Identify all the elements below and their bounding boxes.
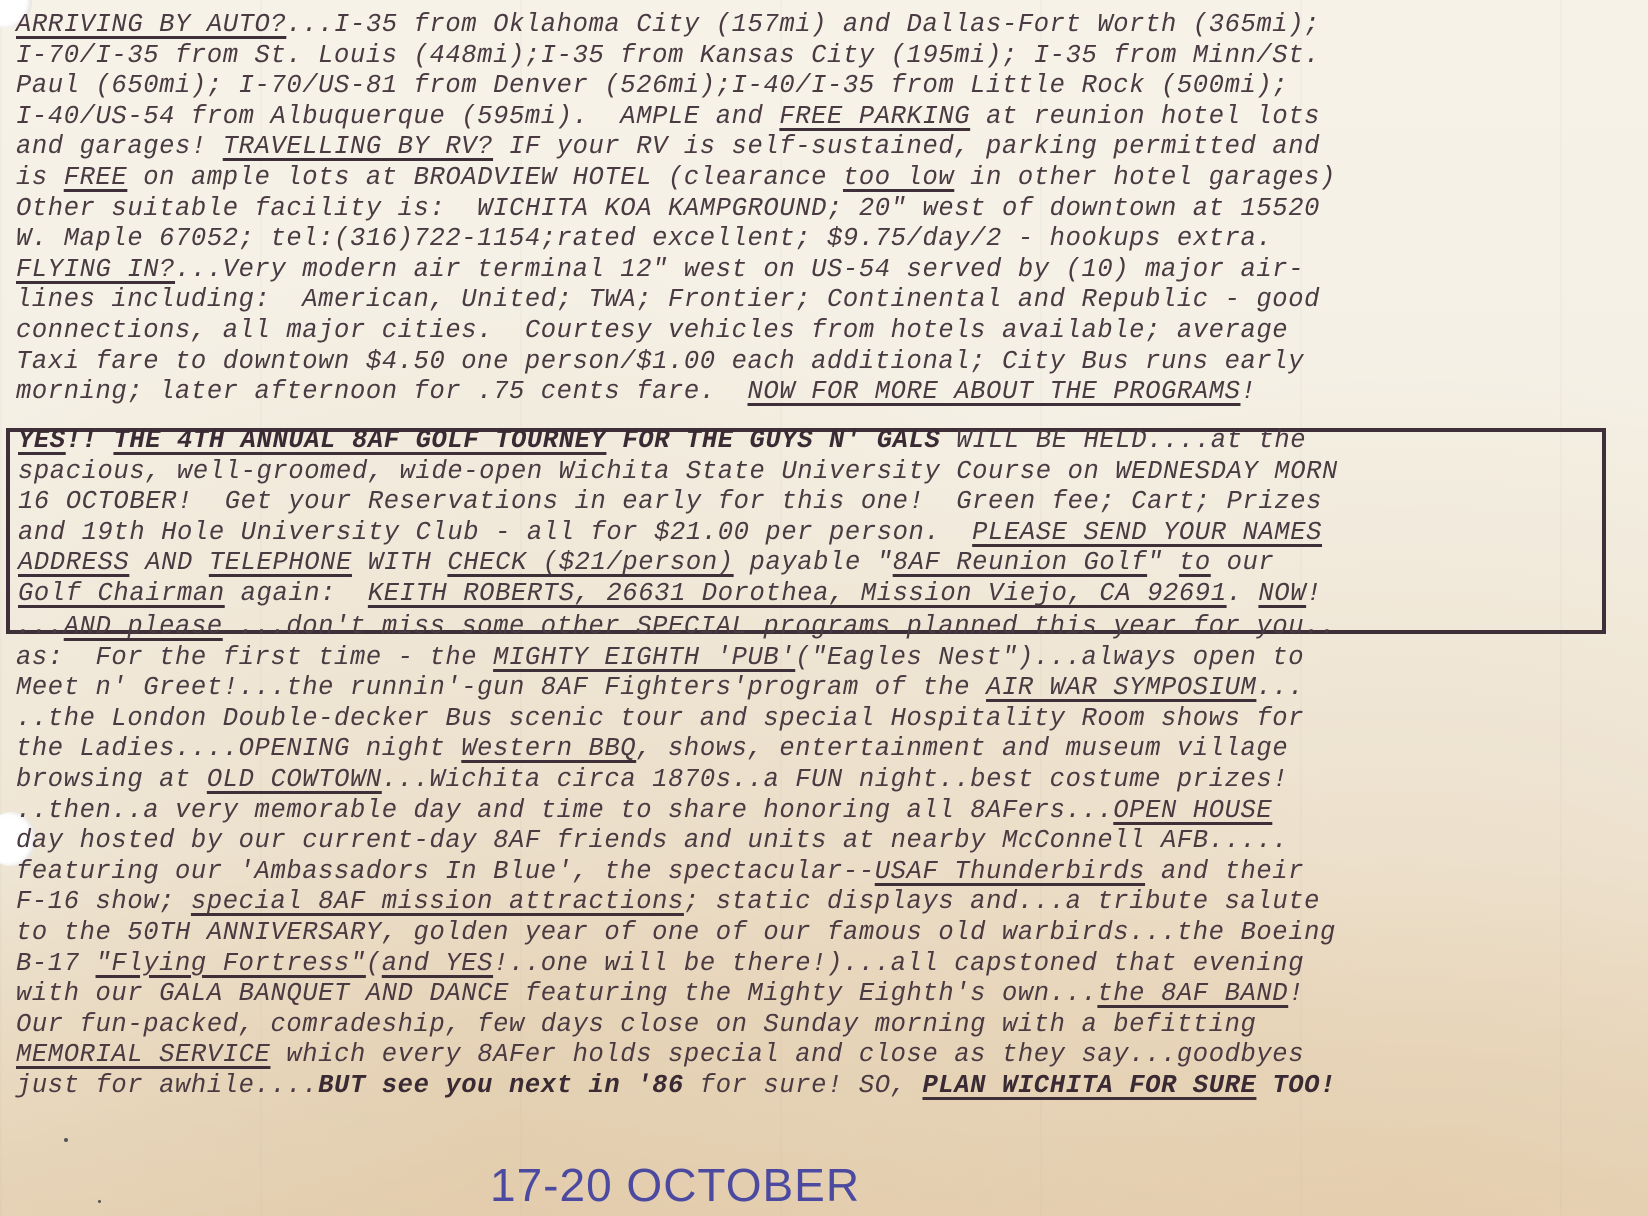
underlined-text: 8AF Reunion Golf [893, 548, 1147, 577]
text-run: day hosted by our current-day 8AF friend… [16, 826, 1288, 855]
underlined-text: THE 4TH ANNUAL 8AF GOLF TOURNEY [113, 426, 606, 455]
underlined-text: ARRIVING BY AUTO? [16, 10, 286, 39]
text-run: our [1211, 548, 1275, 577]
text-run: ! [1288, 979, 1304, 1008]
text-run: Other suitable facility is: WICHITA KOA … [16, 194, 1320, 223]
underlined-text: ADDRESS [18, 548, 129, 577]
text-run: just for awhile.... [16, 1071, 318, 1100]
programs-line: just for awhile....BUT see you next in '… [16, 1071, 1336, 1101]
golf-tourney-box: YES!! THE 4TH ANNUAL 8AF GOLF TOURNEY FO… [6, 428, 1606, 634]
text-run: AND [129, 548, 209, 577]
text-run: on ample lots at BROADVIEW HOTEL (cleara… [127, 163, 843, 192]
underlined-text: MIGHTY EIGHTH 'PUB' [493, 643, 795, 672]
underlined-text: OPEN HOUSE [1113, 796, 1272, 825]
underlined-text: too low [843, 163, 954, 192]
text-run: TOO! [1256, 1071, 1336, 1100]
programs-line: MEMORIAL SERVICE which every 8AFer holds… [16, 1040, 1304, 1070]
text-run: !! [66, 426, 114, 455]
underlined-text: FREE PARKING [779, 102, 970, 131]
underlined-text: Western BBQ [461, 734, 636, 763]
travel-line: and garages! TRAVELLING BY RV? IF your R… [16, 132, 1320, 162]
programs-line: to the 50TH ANNIVERSARY, golden year of … [16, 918, 1336, 948]
travel-line: Paul (650mi); I-70/US-81 from Denver (52… [16, 71, 1288, 101]
text-run: for sure! SO, [684, 1071, 923, 1100]
underlined-text: YES [18, 426, 66, 455]
date-stamp: 17-20 OCTOBER [490, 1160, 860, 1210]
underlined-text: AND please [64, 612, 223, 641]
text-run: ( [366, 949, 382, 978]
text-run: ! [1306, 579, 1322, 608]
underlined-text: NOW FOR MORE ABOUT THE PROGRAMS [748, 377, 1241, 406]
golf-line: 16 OCTOBER! Get your Reservations in ear… [18, 487, 1322, 517]
travel-line: I-40/US-54 from Albuquerque (595mi). AMP… [16, 102, 1320, 132]
text-run: ("Eagles Nest")...always open to [795, 643, 1304, 672]
text-run: , shows, entertainment and museum villag… [636, 734, 1288, 763]
text-run: with our GALA BANQUET AND DANCE featurin… [16, 979, 1097, 1008]
travel-line: is FREE on ample lots at BROADVIEW HOTEL… [16, 163, 1336, 193]
text-run: as: For the first time - the [16, 643, 493, 672]
text-run: browsing at [16, 765, 207, 794]
underlined-text: OLD COWTOWN [207, 765, 382, 794]
text-run: in other hotel garages) [954, 163, 1336, 192]
programs-line: ...AND please ...don't miss some other S… [16, 612, 1336, 642]
text-run: ..the London Double-decker Bus scenic to… [16, 704, 1304, 733]
travel-line: Other suitable facility is: WICHITA KOA … [16, 194, 1320, 224]
programs-line: browsing at OLD COWTOWN...Wichita circa … [16, 765, 1288, 795]
text-run: morning; later afternoon for .75 cents f… [16, 377, 748, 406]
text-run: the Ladies....OPENING night [16, 734, 461, 763]
underlined-text: TRAVELLING BY RV? [223, 132, 493, 161]
programs-line: B-17 "Flying Fortress"(and YES!..one wil… [16, 949, 1304, 979]
text-run: ...I-35 from Oklahoma City (157mi) and D… [286, 10, 1320, 39]
text-run: Taxi fare to downtown $4.50 one person/$… [16, 347, 1304, 376]
text-run: F-16 show; [16, 887, 191, 916]
text-run: " [1147, 548, 1179, 577]
text-run: to the 50TH ANNIVERSARY, golden year of … [16, 918, 1336, 947]
golf-line: ADDRESS AND TELEPHONE WITH CHECK ($21/pe… [18, 548, 1274, 578]
underlined-text: the 8AF BAND [1097, 979, 1288, 1008]
underlined-text: "Flying Fortress" [96, 949, 366, 978]
text-run: and 19th Hole University Club - all for … [18, 518, 972, 547]
text-run: 16 OCTOBER! Get your Reservations in ear… [18, 487, 1322, 516]
underlined-text: AIR WAR SYMPOSIUM [986, 673, 1256, 702]
text-run: WITH [352, 548, 447, 577]
paper-speck [98, 1200, 101, 1203]
travel-line: connections, all major cities. Courtesy … [16, 316, 1288, 346]
text-run: and their [1145, 857, 1304, 886]
text-run: and garages! [16, 132, 223, 161]
text-run: Paul (650mi); I-70/US-81 from Denver (52… [16, 71, 1288, 100]
text-run: W. Maple 67052; tel:(316)722-1154;rated … [16, 224, 1272, 253]
underlined-text: MEMORIAL SERVICE [16, 1040, 270, 1069]
underlined-text: CHECK ($21/person) [447, 548, 733, 577]
programs-line: ..the London Double-decker Bus scenic to… [16, 704, 1304, 734]
programs-line: the Ladies....OPENING night Western BBQ,… [16, 734, 1288, 764]
text-run: connections, all major cities. Courtesy … [16, 316, 1288, 345]
travel-line: I-70/I-35 from St. Louis (448mi);I-35 fr… [16, 41, 1320, 71]
text-run: Meet n' Greet!...the runnin'-gun 8AF Fig… [16, 673, 986, 702]
golf-line: spacious, well-groomed, wide-open Wichit… [18, 457, 1338, 487]
golf-line: YES!! THE 4TH ANNUAL 8AF GOLF TOURNEY FO… [18, 426, 1306, 456]
underlined-text: PLAN WICHITA FOR SURE [922, 1071, 1256, 1100]
golf-line: and 19th Hole University Club - all for … [18, 518, 1322, 548]
underlined-text: FREE [64, 163, 128, 192]
programs-line: F-16 show; special 8AF mission attractio… [16, 887, 1320, 917]
programs-line: Meet n' Greet!...the runnin'-gun 8AF Fig… [16, 673, 1304, 703]
text-run: B-17 [16, 949, 96, 978]
text-run: . [1227, 579, 1259, 608]
underlined-text: TELEPHONE [209, 548, 352, 577]
programs-line: as: For the first time - the MIGHTY EIGH… [16, 643, 1304, 673]
text-run: BUT see you next in '86 [318, 1071, 684, 1100]
text-run: ... [1256, 673, 1304, 702]
text-run: featuring our 'Ambassadors In Blue', the… [16, 857, 875, 886]
travel-line: W. Maple 67052; tel:(316)722-1154;rated … [16, 224, 1272, 254]
text-run: ..then..a very memorable day and time to… [16, 796, 1113, 825]
text-run: at reunion hotel lots [970, 102, 1320, 131]
programs-line: featuring our 'Ambassadors In Blue', the… [16, 857, 1304, 887]
text-run: ...Wichita circa 1870s..a FUN night..bes… [382, 765, 1288, 794]
underlined-text: special 8AF mission attractions [191, 887, 684, 916]
travel-line: FLYING IN?...Very modern air terminal 12… [16, 255, 1304, 285]
text-run: payable " [734, 548, 893, 577]
text-run: Our fun-packed, comradeship, few days cl… [16, 1010, 1256, 1039]
text-run: ! [1241, 377, 1257, 406]
text-run: ...don't miss some other SPECIAL program… [223, 612, 1336, 641]
underlined-text: to [1179, 548, 1211, 577]
text-run: which every 8AFer holds special and clos… [270, 1040, 1304, 1069]
programs-line: day hosted by our current-day 8AF friend… [16, 826, 1288, 856]
text-run: IF your RV is self-sustained, parking pe… [493, 132, 1320, 161]
programs-line: ..then..a very memorable day and time to… [16, 796, 1272, 826]
text-run: WILL BE HELD....at the [940, 426, 1306, 455]
text-run: lines including: American, United; TWA; … [16, 285, 1320, 314]
text-run: FOR THE GUYS N' GALS [606, 426, 940, 455]
text-run: ; static displays and...a tribute salute [684, 887, 1320, 916]
underlined-text: Golf Chairman [18, 579, 225, 608]
text-run: I-70/I-35 from St. Louis (448mi);I-35 fr… [16, 41, 1320, 70]
text-run: again: [225, 579, 368, 608]
underlined-text: NOW [1258, 579, 1306, 608]
text-run: ... [16, 612, 64, 641]
text-run: !..one will be there!)...all capstoned t… [493, 949, 1304, 978]
text-run: I-40/US-54 from Albuquerque (595mi). AMP… [16, 102, 779, 131]
programs-line: Our fun-packed, comradeship, few days cl… [16, 1010, 1256, 1040]
text-run: is [16, 163, 64, 192]
paper-speck [64, 1138, 68, 1142]
underlined-text: USAF Thunderbirds [875, 857, 1145, 886]
travel-line: ARRIVING BY AUTO?...I-35 from Oklahoma C… [16, 10, 1320, 40]
golf-line: Golf Chairman again: KEITH ROBERTS, 2663… [18, 579, 1322, 609]
underlined-text: FLYING IN? [16, 255, 175, 284]
travel-line: morning; later afternoon for .75 cents f… [16, 377, 1256, 407]
document-page: ARRIVING BY AUTO?...I-35 from Oklahoma C… [0, 0, 1648, 1216]
underlined-text: and YES [382, 949, 493, 978]
underlined-text: KEITH ROBERTS, 26631 Dorothea, Mission V… [368, 579, 1227, 608]
travel-line: Taxi fare to downtown $4.50 one person/$… [16, 347, 1304, 377]
text-run: spacious, well-groomed, wide-open Wichit… [18, 457, 1338, 486]
text-run: ...Very modern air terminal 12" west on … [175, 255, 1304, 284]
travel-line: lines including: American, United; TWA; … [16, 285, 1320, 315]
programs-line: with our GALA BANQUET AND DANCE featurin… [16, 979, 1304, 1009]
underlined-text: PLEASE SEND YOUR NAMES [972, 518, 1322, 547]
